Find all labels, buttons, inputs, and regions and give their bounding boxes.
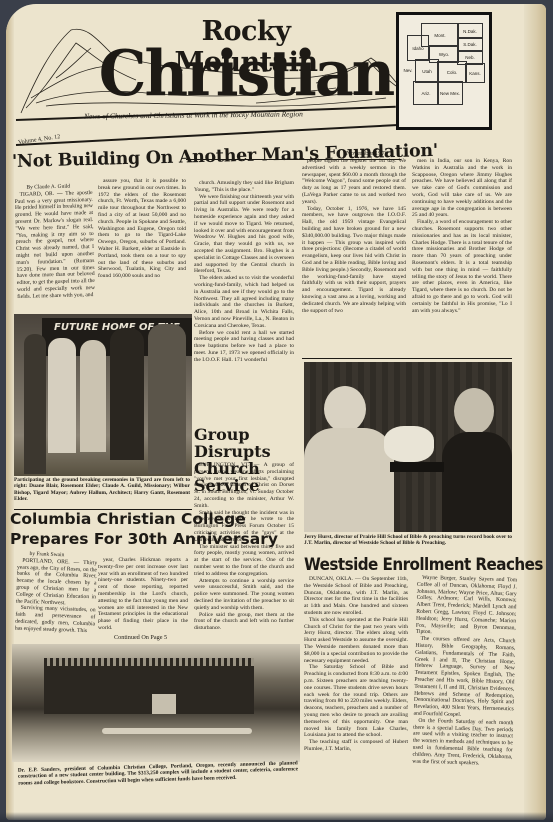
newspaper-page: Rocky Mountain Christian News of Churche… [6,4,546,820]
photo-person-body [442,432,512,532]
article-text: On the Fourth Saturday of each month the… [412,717,513,767]
article-text: Surviving many vicissitudes, on faith an… [15,605,96,635]
article-columbia-col2: year, Charles Hickman reports a twenty-f… [98,557,188,631]
map-state: Utah [415,59,439,83]
region-map: Mont. N.Dak. S.Dak. Idaho Wyo. Neb. Nev.… [396,12,492,130]
photo-person [48,338,76,453]
photo-person [24,334,46,474]
article-westside-col1: DUNCAN, OKLA. — On September 11th, the W… [304,576,408,818]
headline-westside: Westside Enrollment Reaches 116 [304,555,546,574]
photo-groundbreaking-caption: Participating at the ground breaking cer… [14,477,190,502]
masthead: Rocky Mountain Christian [16,8,396,118]
article-text: The teaching staff is composed of Hubert… [304,739,408,753]
article-text: We were finishing our thirteenth year wi… [194,194,294,276]
photo-walkway [102,728,252,734]
masthead-title-main: Christian [96,43,396,106]
article-group-disrupts: BURLINGTON, VT. — A group of persons, so… [194,462,294,638]
continued-link[interactable]: Continued On Page 5 [114,634,167,641]
article-westside-col2: Wayne Burger, Stanley Sayers and Tom Cof… [411,575,517,820]
article-text: Today, October 1, 1976, we have 145 memb… [302,206,406,315]
map-state: New Mex. [437,81,463,105]
article-foundation-col2: assure you, that it is possible to break… [98,178,186,314]
article-text: TIGARD, OR. — The apostle Paul was a ver… [15,190,96,301]
photo-person [148,324,186,474]
map-state: Ariz. [413,81,439,105]
article-text: The elders asked us to visit the wonderf… [194,275,294,329]
article-text: assure you, that it is possible to break… [98,178,186,280]
article-foundation-col3: church. Amusingly they said like Brigham… [194,180,294,424]
article-text: Police said the group, met them at the f… [194,612,294,632]
article-foundation-col1: By Claude A. Guild TIGARD, OR. — The apo… [14,183,95,313]
photo-westside [304,362,512,532]
photo-building-door [152,694,176,714]
photo-college-caption: Dr. E.P. Sanders, president of Columbia … [18,760,298,786]
article-text: The Saturday School of Bible and Preachi… [304,664,408,739]
photo-building [44,664,254,714]
photo-college-building [12,644,300,762]
map-state: Colo. [437,61,467,83]
photo-person [110,328,144,460]
map-state: Nev. [401,61,415,79]
article-columbia-col1: by Frank Swain PORTLAND, ORE. — Thirty y… [14,551,97,644]
photo-person-head [454,388,494,434]
photo-groundbreaking: FUTURE HOME OF THE [14,314,192,476]
photo-person-head [324,386,366,432]
page-shadow [0,812,553,822]
photo-building-roof [44,658,254,666]
headline-foundation: 'Not Building On Another Man's Foundatio… [12,144,332,172]
article-text: Wayne Burger, Stanley Sayers and Tom Cof… [416,575,518,639]
article-text: BURLINGTON, VT. — A group of persons, so… [194,462,294,510]
photo-person [80,340,106,452]
article-foundation-col5: men in India, our son in Kenya, Ron Watk… [412,158,512,358]
photo-westside-caption: Jerry Hurst, director of Prairie Hill Sc… [304,534,512,547]
article-text: Finally, a word of encouragement to othe… [412,219,512,314]
article-text: people signed the register the 1st day. … [302,158,406,206]
article-text: Before we could rent a hall we started m… [194,330,294,364]
article-text: church. Amusingly they said like Brigham… [194,180,294,194]
article-text: Attempts to continue a worship service w… [194,578,294,612]
article-text: This school has operated at the Prairie … [304,617,408,665]
article-text: DUNCAN, OKLA. — On September 11th, the W… [304,576,408,617]
article-text: The minister said between thirty five an… [194,544,294,578]
headline-line: Group Disrupts [194,426,304,460]
photo-flowers [384,426,434,462]
article-text: year, Charles Hickman reports a twenty-f… [98,557,188,631]
photo-person-body [304,428,394,532]
article-text: The courses offered are Acts, Church His… [413,636,515,720]
photo-record-book [390,462,444,472]
article-text: PORTLAND, ORE. — Thirty years ago, the C… [16,557,98,607]
map-state: Kans. [465,63,485,83]
article-text: men in India, our son in Kenya, Ron Watk… [412,158,512,219]
article-foundation-col4: people signed the register the 1st day. … [302,158,406,358]
headline-columbia-line2: Prepares For 30th Anniversary [10,530,278,548]
headline-columbia-line1: Columbia Christian College [10,510,246,528]
divider [302,358,512,359]
map-state: Idaho [407,35,429,61]
page-edge [524,4,546,820]
